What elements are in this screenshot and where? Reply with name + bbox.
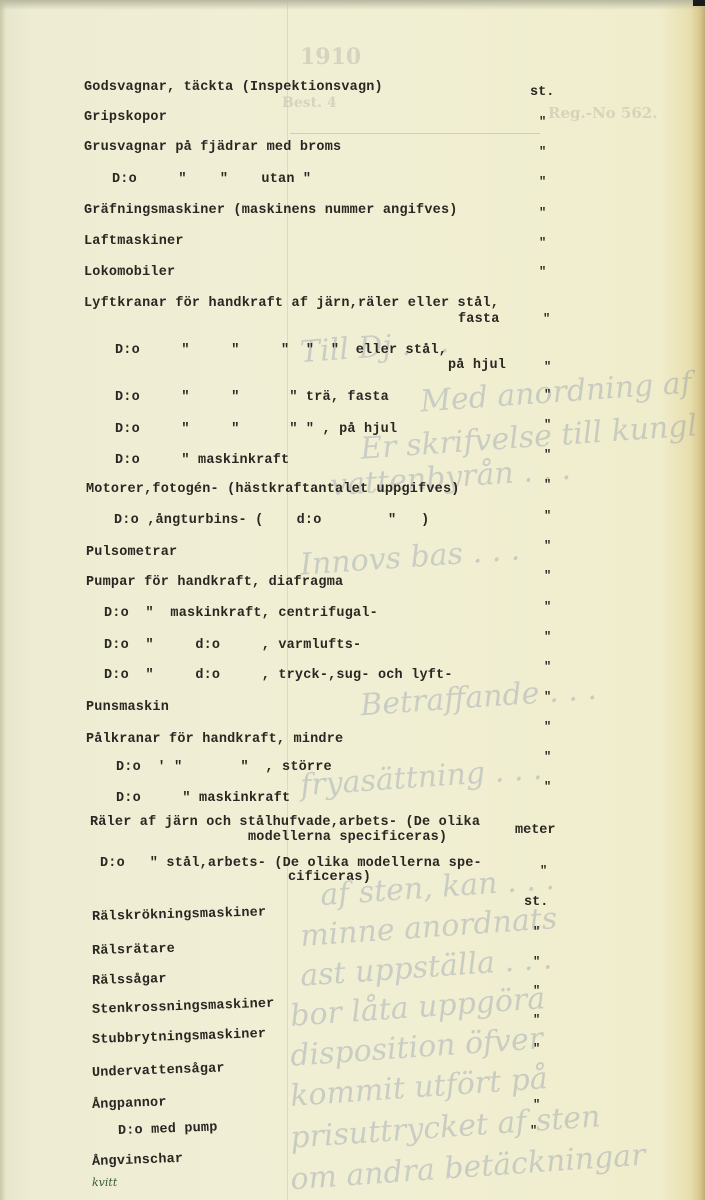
item-label: Ångvinschar [92, 1152, 184, 1170]
item-unit-ditto: " [544, 478, 551, 492]
item-unit-ditto: " [544, 569, 551, 583]
item-label: Lyftkranar för handkraft af järn,räler e… [84, 296, 499, 311]
item-unit-ditto: " [544, 690, 551, 704]
item-label: Rälskrökningsmaskiner [92, 905, 267, 925]
item-label-line2: fasta [458, 312, 500, 327]
item-label: D:o " d:o , varmlufts- [104, 638, 361, 653]
bleed-through-year: 1910 [300, 44, 361, 70]
item-label: Motorer,fotogén- (hästkraftantalet uppgi… [86, 482, 460, 497]
item-label: Stenkrossningsmaskiner [92, 997, 275, 1018]
bleed-through-reg: Reg.-No 562. [548, 104, 657, 122]
item-label: D:o " stål,arbets- (De olika modellerna … [100, 856, 482, 871]
item-unit-ditto: " [544, 750, 551, 764]
item-unit: st. [524, 895, 548, 910]
item-label: D:o " " " trä, fasta [115, 390, 389, 405]
item-label: D:o " " utan " [112, 172, 311, 187]
item-label: Undervattensågar [92, 1061, 225, 1081]
item-label: D:o ,ångturbins- ( d:o " ) [114, 513, 429, 528]
item-unit-ditto: " [539, 206, 546, 220]
item-label: Punsmaskin [86, 700, 169, 715]
item-label: Rälssågar [92, 972, 167, 989]
item-label: Pålkranar för handkraft, mindre [86, 732, 343, 747]
item-unit-ditto: " [544, 448, 551, 462]
item-unit-ditto: " [530, 1124, 537, 1138]
item-unit-ditto: " [539, 175, 546, 189]
scanned-document-page: 1910 Best. 4 Reg.-No 562. Till Dj . . . … [0, 0, 705, 1200]
item-label: D:o " maskinkraft [115, 453, 289, 468]
item-unit-ditto: " [533, 1098, 540, 1112]
item-unit-ditto: " [544, 539, 551, 553]
item-label-line2: på hjul [448, 358, 506, 373]
item-unit-ditto: " [533, 925, 540, 939]
scan-corner [693, 0, 705, 6]
item-label: D:o " " " " " eller stål, [115, 343, 447, 358]
item-unit-ditto: " [544, 660, 551, 674]
handwriting-bleed: fryasättning . . . [299, 752, 543, 804]
item-label: Laftmaskiner [84, 234, 184, 249]
item-label: Lokomobiler [84, 265, 175, 280]
item-label: D:o " maskinkraft, centrifugal- [104, 606, 378, 621]
item-unit-ditto: " [543, 312, 550, 326]
bleed-through-rule [290, 133, 540, 134]
item-unit-ditto: " [544, 388, 551, 402]
item-unit-ditto: " [544, 780, 551, 794]
item-unit-ditto: " [533, 1013, 540, 1027]
item-label: D:o med pump [118, 1121, 218, 1139]
item-unit-ditto: " [544, 600, 551, 614]
item-unit-ditto: " [544, 509, 551, 523]
item-unit-ditto: " [540, 864, 547, 878]
item-unit-ditto: " [544, 360, 551, 374]
item-unit: meter [515, 823, 556, 838]
bleed-through-best: Best. 4 [282, 95, 337, 111]
item-label-line2: cificeras) [288, 870, 371, 885]
item-label: D:o " " " " , på hjul [115, 422, 397, 437]
item-label: Gräfningsmaskiner (maskinens nummer angi… [84, 203, 458, 218]
item-unit-ditto: " [544, 418, 551, 432]
item-unit-ditto: " [539, 265, 546, 279]
item-unit-ditto: " [533, 955, 540, 969]
item-unit-ditto: " [533, 1042, 540, 1056]
item-unit-ditto: " [544, 630, 551, 644]
item-unit-ditto: " [539, 236, 546, 250]
item-label: Räler af järn och stålhufvade,arbets- (D… [90, 815, 480, 830]
item-label: Godsvagnar, täckta (Inspektionsvagn) [84, 80, 383, 95]
item-unit-ditto: " [539, 115, 546, 129]
item-label: Rälsrätare [92, 942, 175, 959]
item-unit-ditto: " [539, 145, 546, 159]
item-label: Ångpannor [92, 1095, 167, 1113]
item-label-line2: modellerna specificeras) [248, 830, 447, 845]
item-label: Gripskopor [84, 110, 167, 125]
handwritten-initials: kvitt [92, 1176, 117, 1189]
item-label: Grusvagnar på fjädrar med broms [84, 140, 341, 155]
item-unit: st. [530, 85, 554, 100]
item-label: Pulsometrar [86, 545, 177, 560]
item-label: Stubbrytningsmaskiner [92, 1027, 267, 1048]
item-unit-ditto: " [533, 984, 540, 998]
item-label: D:o ' " " , större [116, 760, 332, 775]
item-label: D:o " d:o , tryck-,sug- och lyft- [104, 668, 453, 683]
item-label: Pumpar för handkraft, diafragma [86, 575, 343, 590]
scan-top-shadow [0, 0, 705, 10]
item-unit-ditto: " [544, 720, 551, 734]
item-label: D:o " maskinkraft [116, 791, 290, 806]
